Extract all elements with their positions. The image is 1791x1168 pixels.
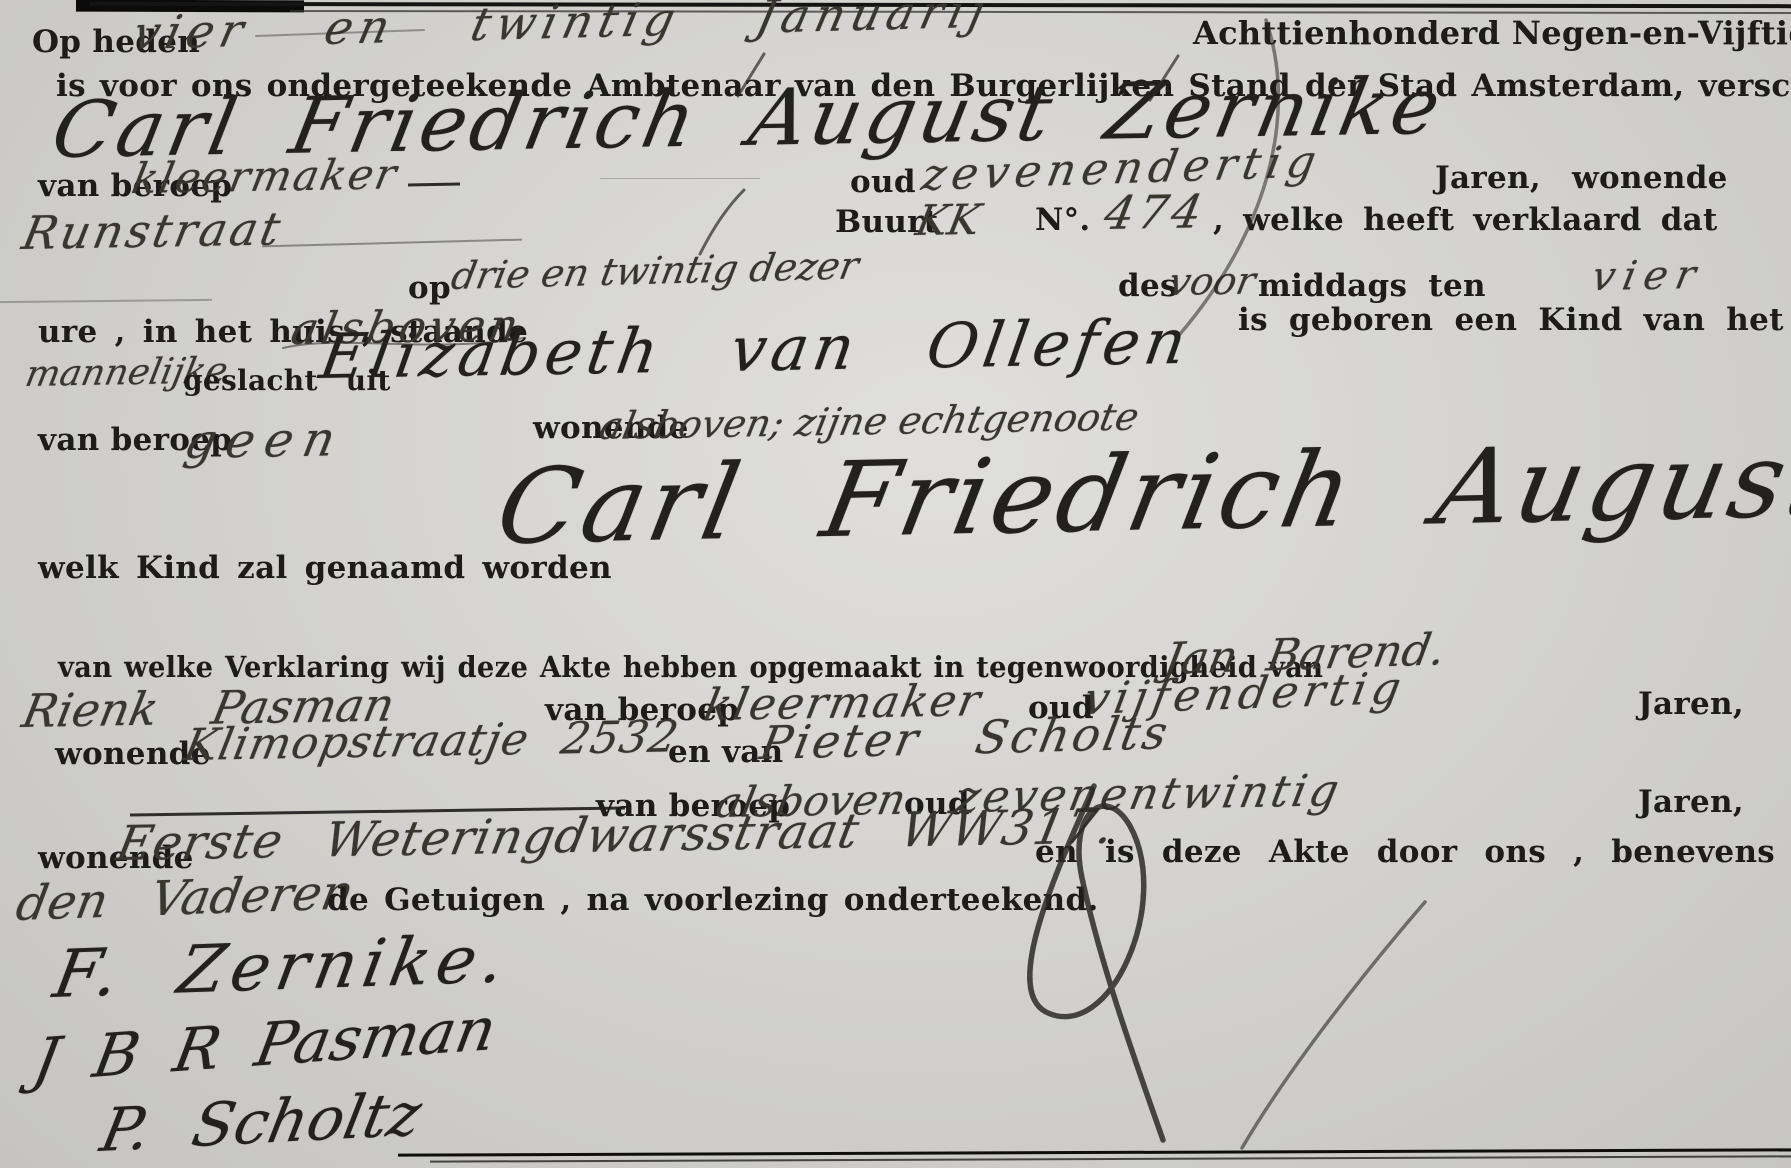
hw-buurt-code: KK [912,195,985,245]
faint-ruled-line-1 [600,178,760,179]
printed-middags-ten: middags ten [1258,268,1486,304]
birth-certificate-scan: Op heden vier en twintig Januarij Achtti… [0,0,1791,1168]
hw-mother-profession: geen [180,411,350,470]
printed-closing-benevens: en is deze Akte door ons , benevens [1035,834,1775,870]
printed-jaren-w1: Jaren, [1638,686,1744,722]
printed-number-label: N°. [1035,202,1091,238]
hw-birth-day: drie en twintig dezer [448,243,862,298]
printed-geboren-kind: is geboren een Kind van het [1238,302,1784,338]
faint-ruled-line-2 [262,239,522,248]
hw-declarant-street: Runstraat [18,202,288,260]
printed-jaren-wonende: Jaren, wonende [1435,160,1728,196]
hw-birth-hour: vier [1588,252,1708,300]
printed-year: Achttienhonderd Negen-en-Vijftig, [1193,14,1791,52]
hw-father-reference: den Vaderen [12,864,358,932]
hw-house-number: 474 [1100,184,1211,240]
blank-dash-after-profession [408,183,460,187]
slash-mark-buurt [700,190,744,254]
printed-closing-getuigen: de Getuigen , na voorlezing onderteekend… [327,882,1099,918]
hw-registration-date: vier en twintig Januarij [128,0,996,60]
paraph-tail-curve [1242,902,1425,1148]
printed-oud-declarant: oud [850,164,916,200]
hw-mother-name: Elizabeth van Ollefen [315,305,1196,393]
hw-daypart: voor [1165,259,1259,304]
hw-declarant-profession: kleermaker [128,149,402,203]
hw-witness1-address: Klimopstraatje 2532 [180,711,683,771]
hw-witness2-address: Eerste Weteringdwarsstraat WW317. [112,799,1119,872]
bottom-border-line-thin [430,1155,1791,1162]
hw-witness2-name: Pieter Scholts [756,705,1175,770]
signature-witness2: P. Scholtz [95,1080,427,1166]
printed-jaren-w2: Jaren, [1638,784,1744,820]
faint-ruled-line-3 [0,299,212,303]
printed-welke-heeft-verklaard: , welke heeft verklaard dat [1213,202,1718,238]
